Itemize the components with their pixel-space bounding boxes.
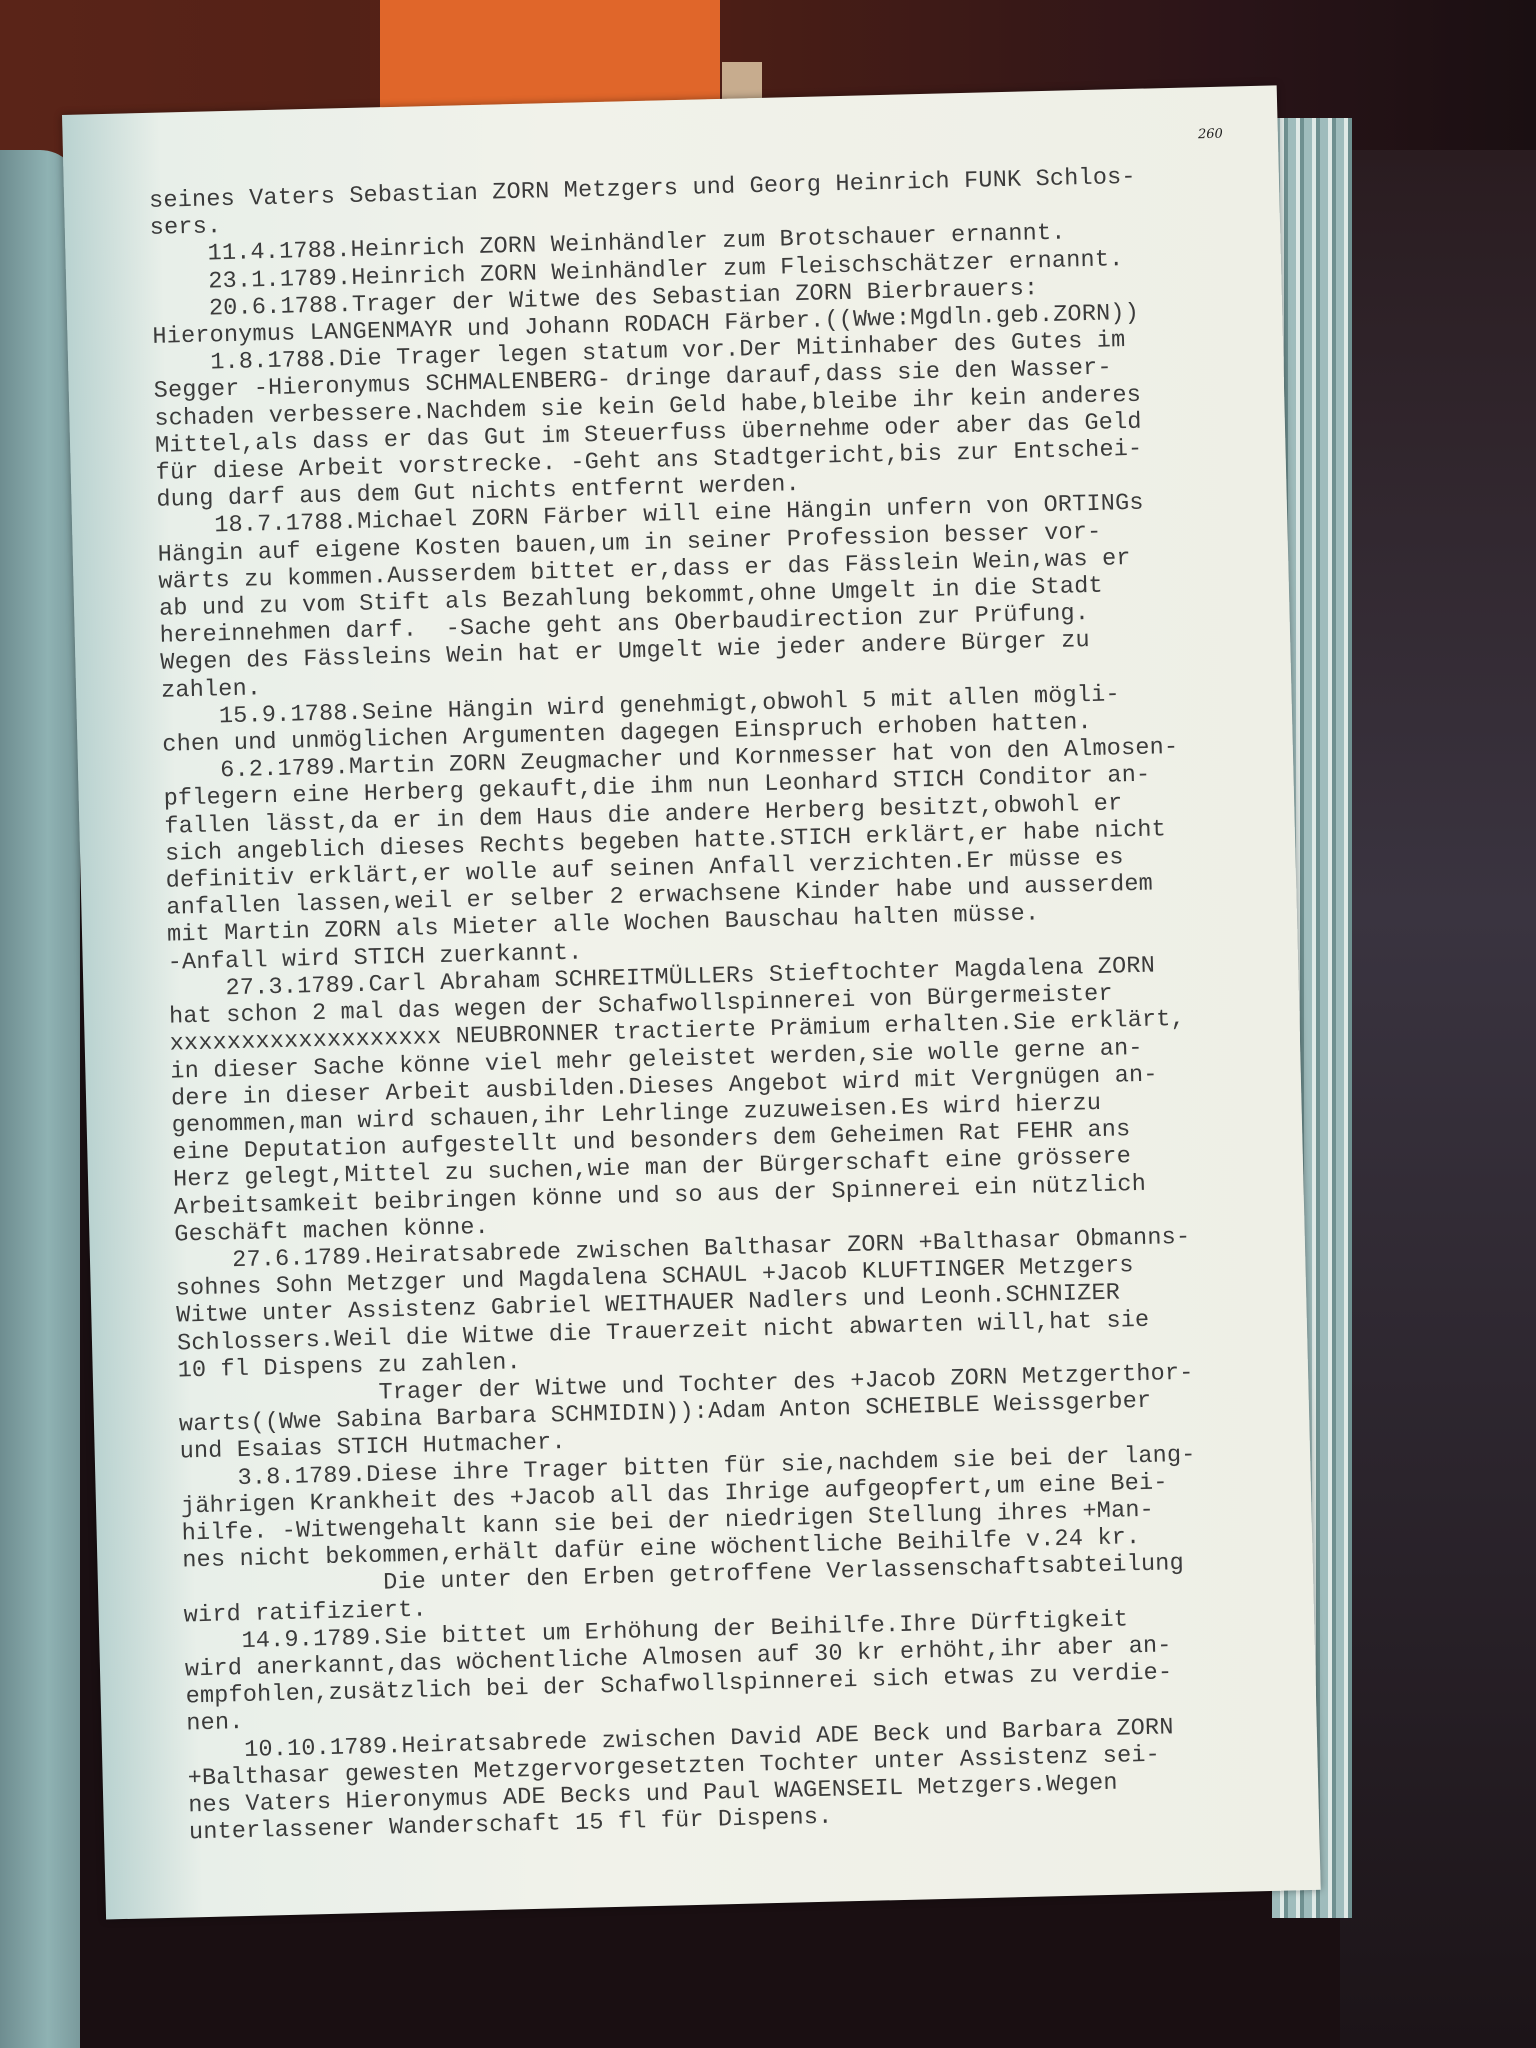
typewritten-text: seines Vaters Sebastian ZORN Metzgers un… (149, 161, 1299, 1847)
background-dark-right (1340, 150, 1536, 2048)
left-page-edge (0, 150, 80, 2048)
document-page: 260 seines Vaters Sebastian ZORN Metzger… (62, 85, 1321, 1919)
page-number: 260 (1198, 127, 1223, 143)
